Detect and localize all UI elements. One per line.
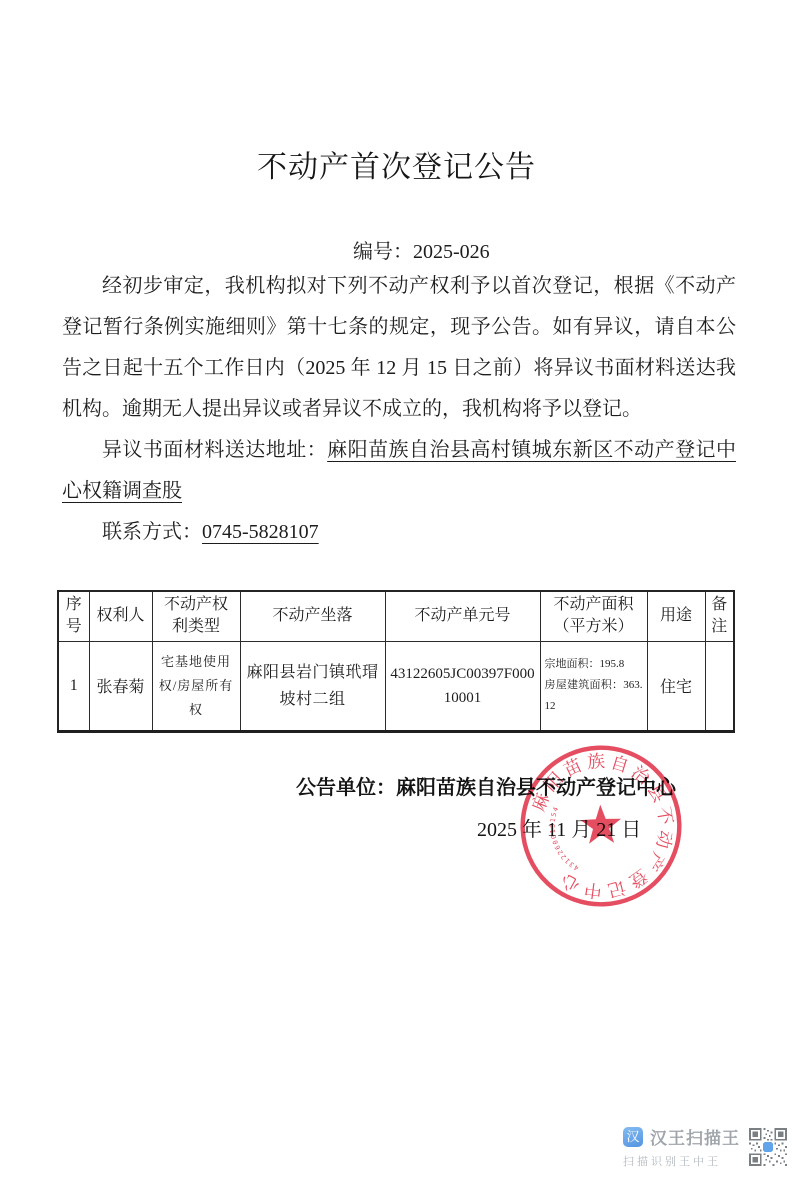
announcement-body: 经初步审定，我机构拟对下列不动产权利予以首次登记，根据《不动产登记暂行条例实施细… — [62, 266, 736, 553]
area-building: 房屋建筑面积：363.12 — [545, 675, 643, 717]
table-row: 1 张春菊 宅基地使用权/房屋所有权 麻阳县岩门镇玳瑁坡村二组 43122605… — [58, 641, 734, 731]
seal-code-digits: 4312260013154 — [548, 804, 581, 873]
header-usage: 用途 — [647, 591, 705, 641]
header-right-type: 不动产权利类型 — [152, 591, 240, 641]
watermark-app-name: 汉王扫描王 — [650, 1124, 740, 1149]
scanner-watermark: 汉 汉王扫描王 扫描识别王中王 — [623, 1124, 787, 1169]
cell-remark — [705, 641, 734, 731]
cell-unit-number: 43122605JC00397F00010001 — [385, 641, 540, 731]
contact-value: 0745-5828107 — [202, 521, 319, 543]
header-seq: 序号 — [58, 591, 89, 641]
cell-seq: 1 — [58, 641, 89, 731]
cell-location: 麻阳县岩门镇玳瑁坡村二组 — [240, 641, 385, 731]
header-holder: 权利人 — [89, 591, 152, 641]
hanvon-app-icon: 汉 — [623, 1127, 643, 1147]
table-header-row: 序号 权利人 不动产权利类型 不动产坐落 不动产单元号 不动产面积（平方米） 用… — [58, 591, 734, 641]
cell-usage: 住宅 — [647, 641, 705, 731]
watermark-slogan: 扫描识别王中王 — [623, 1153, 721, 1169]
cell-right-type: 宅基地使用权/房屋所有权 — [152, 641, 240, 731]
address-label: 异议书面材料送达地址： — [102, 439, 327, 461]
qr-code-icon — [749, 1128, 787, 1166]
header-area: 不动产面积（平方米） — [540, 591, 647, 641]
address-paragraph: 异议书面材料送达地址：麻阳苗族自治县高村镇城东新区不动产登记中心权籍调查股 — [62, 430, 736, 512]
cell-holder: 张春菊 — [89, 641, 152, 731]
cell-area: 宗地面积：195.8 房屋建筑面积：363.12 — [540, 641, 647, 731]
area-parcel: 宗地面积：195.8 — [545, 654, 643, 675]
header-location: 不动产坐落 — [240, 591, 385, 641]
contact-label: 联系方式： — [102, 521, 202, 543]
page-title: 不动产首次登记公告 — [0, 142, 793, 186]
watermark-text-block: 汉 汉王扫描王 扫描识别王中王 — [623, 1124, 740, 1169]
body-paragraph: 经初步审定，我机构拟对下列不动产权利予以首次登记，根据《不动产登记暂行条例实施细… — [62, 266, 736, 430]
document-number: 编号：2025-026 — [353, 235, 490, 264]
header-remark: 备注 — [705, 591, 734, 641]
svg-text:4312260013154: 4312260013154 — [548, 804, 581, 873]
header-unit-number: 不动产单元号 — [385, 591, 540, 641]
seal-star-icon — [580, 804, 622, 844]
qr-center-logo — [763, 1142, 773, 1152]
contact-paragraph: 联系方式：0745-5828107 — [62, 512, 736, 553]
announcement-page: 不动产首次登记公告 编号：2025-026 经初步审定，我机构拟对下列不动产权利… — [0, 0, 793, 1177]
registration-table: 序号 权利人 不动产权利类型 不动产坐落 不动产单元号 不动产面积（平方米） 用… — [57, 590, 735, 733]
official-seal: 麻阳苗族自治县不动产登记中心 4312260013154 — [509, 734, 693, 918]
